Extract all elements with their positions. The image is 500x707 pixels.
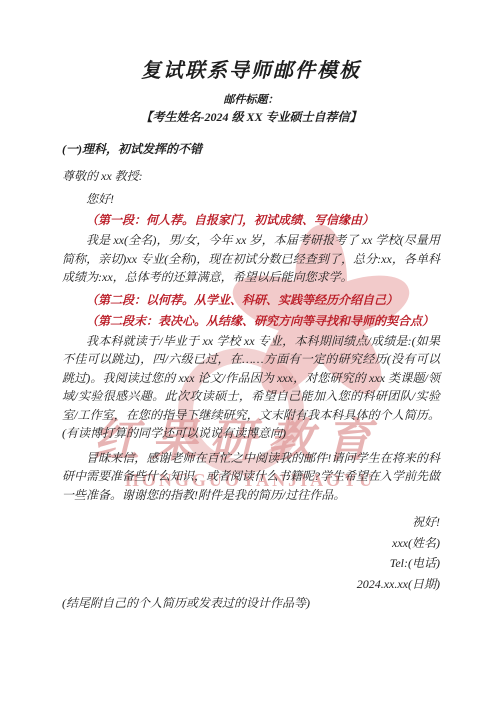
body-paragraph-3: 冒昧来信，感谢老师在百忙之中阅读我的邮件!请问学生在将来的科研中需要准备些什么知… xyxy=(62,449,440,505)
footnote: (结尾附自己的个人简历或发表过的设计作品等) xyxy=(62,596,440,611)
page-title: 复试联系导师邮件模板 xyxy=(62,58,440,84)
template-note-3: （第二段末：表决心。从结缘、研究方向等寻找和导师的契合点） xyxy=(62,314,440,329)
mail-subject: 【考生姓名-2024 级 XX 专业硕士自荐信】 xyxy=(62,110,440,125)
mail-subject-label: 邮件标题： xyxy=(62,94,440,107)
document-page: 复试联系导师邮件模板 邮件标题： 【考生姓名-2024 级 XX 专业硕士自荐信… xyxy=(0,0,500,611)
greeting-line: 您好! xyxy=(62,192,440,207)
body-paragraph-2: 我本科就读于/毕业于 xx 学校 xx 专业，本科期间绩点/成绩是:(如果不佳可… xyxy=(62,332,440,443)
salutation: 尊敬的 xx 教授: xyxy=(62,169,440,184)
section-heading: (一)理科，初试发挥的不错 xyxy=(62,141,440,157)
closing-date: 2024.xx.xx(日期) xyxy=(62,574,440,595)
template-note-1: （第一段：何人荐。自报家门，初试成绩、写信缘由） xyxy=(62,213,440,228)
closing-tel: Tel:(电话) xyxy=(62,553,440,574)
template-note-2: （第二段：以何荐。从学业、科研、实践等经历介绍自己） xyxy=(62,293,440,308)
closing-wish: 祝好! xyxy=(62,512,440,533)
closing-block: 祝好! xxx(姓名) Tel:(电话) 2024.xx.xx(日期) xyxy=(62,512,440,594)
body-paragraph-1: 我是 xx(全名)，男/女，今年 xx 岁，本届考研报考了 xx 学校(尽量用简… xyxy=(62,231,440,287)
closing-name: xxx(姓名) xyxy=(62,533,440,554)
